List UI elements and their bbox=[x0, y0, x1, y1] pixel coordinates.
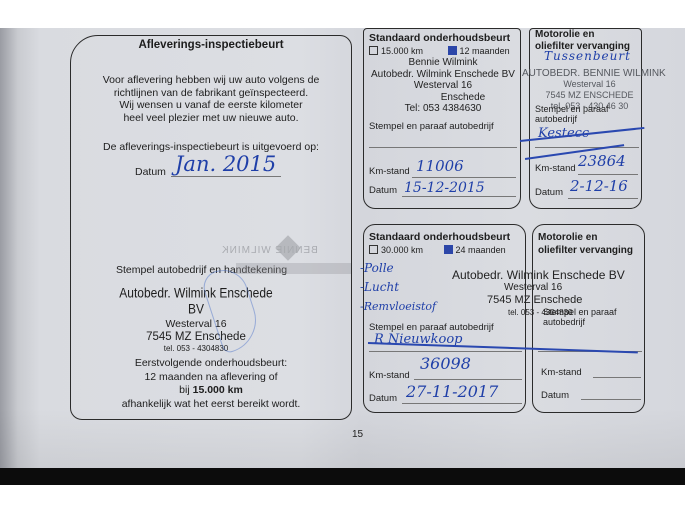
service-card-3-date-value: 27-11-2017 bbox=[406, 382, 498, 401]
booklet-page: Afleverings-inspectiebeurt Voor afleveri… bbox=[0, 28, 685, 468]
service-card-2: Motorolie en oliefilter vervanging Tusse… bbox=[529, 28, 642, 209]
service-card-3-item-3: -Remvloeistof bbox=[360, 300, 436, 313]
stamp-highlight bbox=[236, 263, 351, 274]
next-service-info: Eerstvolgende onderhoudsbeurt: 12 maande… bbox=[71, 357, 351, 411]
checkbox-checked-icon[interactable] bbox=[448, 46, 457, 55]
service-card-1-km-label: Km-stand bbox=[369, 166, 410, 177]
service-card-2-km-value: 23864 bbox=[578, 152, 626, 170]
next-service-km: 15.000 km bbox=[193, 384, 243, 396]
delivery-date-line bbox=[171, 176, 281, 177]
service-card-2-km-label: Km-stand bbox=[535, 163, 576, 174]
service-card-4: Motorolie en oliefilter vervanging Stemp… bbox=[532, 224, 645, 413]
service-card-1: Standaard onderhoudsbeurt 15.000 km 12 m… bbox=[363, 28, 521, 209]
service-card-1-stamp-label: Stempel en paraaf autobedrijf bbox=[369, 121, 494, 132]
checkbox-icon[interactable] bbox=[369, 245, 378, 254]
service-card-1-options: 15.000 km 12 maanden bbox=[369, 46, 519, 56]
service-card-3: Standaard onderhoudsbeurt 30.000 km 24 m… bbox=[363, 224, 526, 413]
service-card-1-date-label: Datum bbox=[369, 185, 397, 196]
ghost-logo-icon bbox=[275, 235, 300, 260]
option-12-maanden[interactable]: 12 maanden bbox=[448, 46, 510, 56]
checkbox-checked-icon[interactable] bbox=[444, 245, 453, 254]
page-number: 15 bbox=[352, 429, 363, 440]
service-card-3-km-value: 36098 bbox=[420, 354, 471, 373]
delivery-intro: Voor aflevering hebben wij uw auto volge… bbox=[71, 74, 351, 124]
service-card-1-km-value: 11006 bbox=[416, 157, 464, 175]
service-card-3-item-2: -Lucht bbox=[360, 280, 399, 294]
service-card-4-stamp-label: Stempel en paraaf autobedrijf bbox=[543, 307, 617, 327]
delivery-inspection-card: Afleverings-inspectiebeurt Voor afleveri… bbox=[70, 35, 352, 420]
booklet-edge bbox=[0, 468, 685, 485]
service-card-2-stamp-label: Stempel en paraaf autobedrijf bbox=[535, 104, 609, 124]
service-card-3-options: 30.000 km 24 maanden bbox=[369, 245, 524, 255]
delivery-date-value: Jan. 2015 bbox=[175, 152, 276, 176]
service-card-3-title: Standaard onderhoudsbeurt bbox=[369, 231, 510, 243]
service-card-3-date-label: Datum bbox=[369, 393, 397, 404]
option-30000km[interactable]: 30.000 km bbox=[369, 245, 423, 255]
service-card-3-km-label: Km-stand bbox=[369, 370, 410, 381]
service-card-1-date-value: 15-12-2015 bbox=[404, 180, 485, 196]
service-card-2-date-label: Datum bbox=[535, 187, 563, 198]
service-card-4-km-label: Km-stand bbox=[541, 367, 582, 378]
option-24-maanden[interactable]: 24 maanden bbox=[444, 245, 506, 255]
checkbox-icon[interactable] bbox=[369, 46, 378, 55]
service-card-1-title: Standaard onderhoudsbeurt bbox=[369, 32, 510, 44]
delivery-card-title: Afleverings-inspectiebeurt bbox=[71, 39, 351, 51]
service-card-2-note: Tussenbeurt bbox=[544, 49, 631, 63]
option-15000km[interactable]: 15.000 km bbox=[369, 46, 423, 56]
delivery-date-label: Datum bbox=[135, 166, 166, 178]
bleedthrough-logo: BENNIE WILMINK bbox=[221, 245, 318, 256]
service-card-3-item-1: -Polle bbox=[360, 261, 394, 275]
service-card-1-stamp: Bennie Wilmink Autobedr. Wilmink Ensched… bbox=[362, 57, 524, 115]
service-card-4-date-label: Datum bbox=[541, 390, 569, 401]
service-card-2-date-value: 2-12-16 bbox=[570, 177, 628, 195]
service-card-4-title: Motorolie en oliefilter vervanging bbox=[538, 231, 633, 257]
